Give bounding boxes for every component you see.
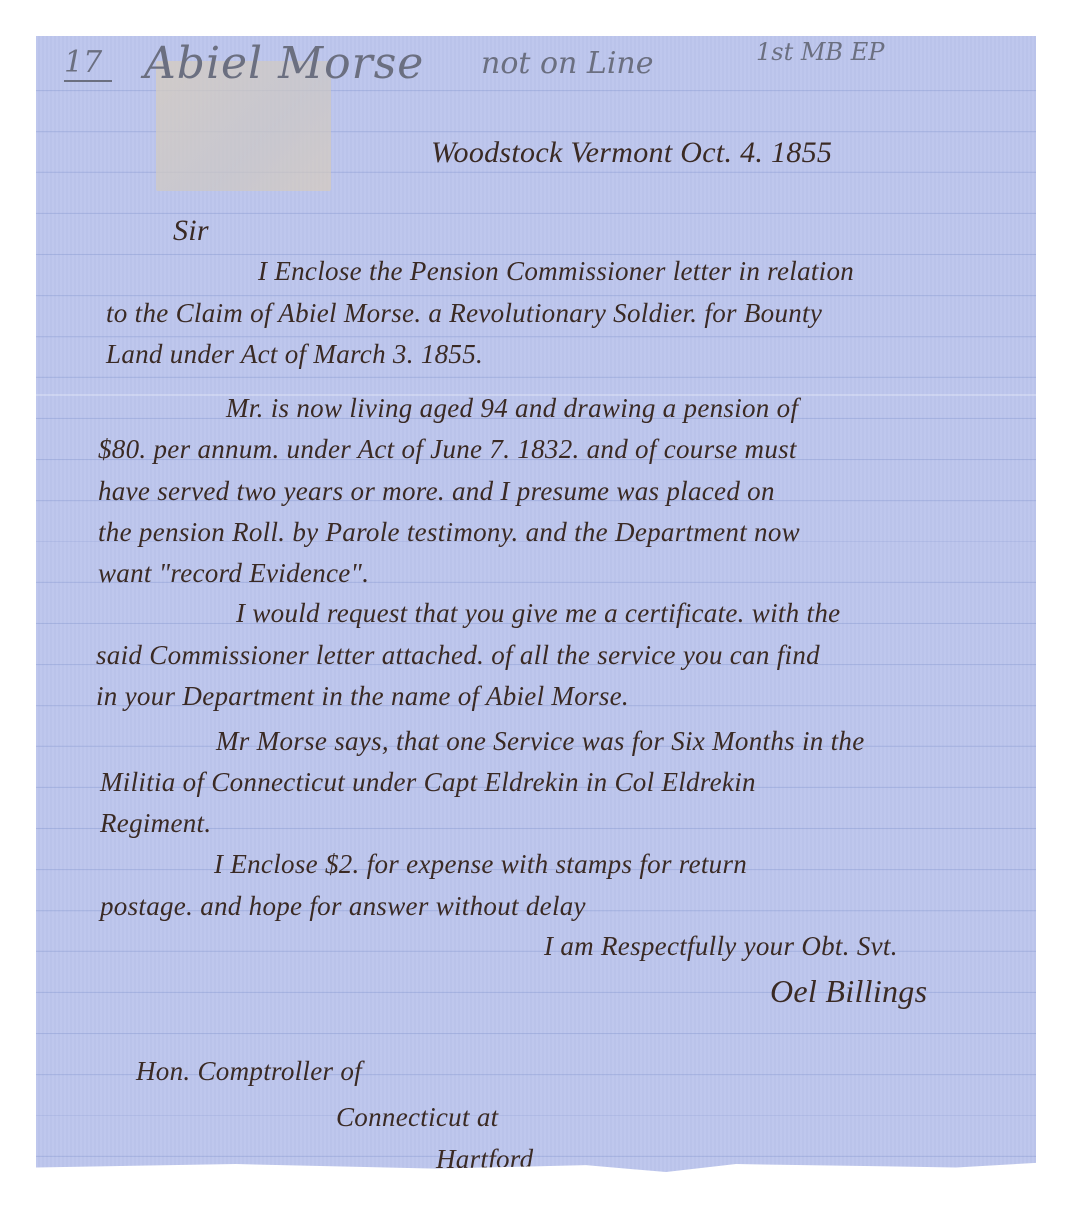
subject-name-annotation: Abiel Morse — [144, 38, 424, 89]
body-line: Mr. is now living aged 94 and drawing a … — [226, 393, 798, 424]
address-line: Hon. Comptroller of — [136, 1056, 362, 1087]
dateline: Woodstock Vermont Oct. 4. 1855 — [431, 136, 832, 170]
body-line: I Enclose the Pension Commissioner lette… — [258, 256, 854, 287]
body-line: Mr Morse says, that one Service was for … — [216, 726, 865, 757]
body-line: postage. and hope for answer without del… — [100, 891, 586, 922]
salutation: Sir — [173, 214, 209, 248]
body-line: I Enclose $2. for expense with stamps fo… — [214, 849, 747, 880]
body-line: Regiment. — [100, 808, 211, 839]
address-line: Hartford — [436, 1144, 533, 1175]
body-line: Militia of Connecticut under Capt Eldrek… — [100, 767, 756, 798]
address-line: Connecticut at — [336, 1102, 498, 1133]
file-number-annotation: 17 — [64, 46, 112, 82]
signature: Oel Billings — [770, 973, 927, 1010]
body-line: the pension Roll. by Parole testimony. a… — [98, 517, 800, 548]
letter-paper: 17 Abiel Morse not on Line 1st MB EP Woo… — [36, 36, 1036, 1172]
body-line: want "record Evidence". — [98, 558, 369, 589]
closing: I am Respectfully your Obt. Svt. — [544, 931, 898, 962]
body-line: I would request that you give me a certi… — [236, 598, 840, 629]
body-line: in your Department in the name of Abiel … — [96, 681, 629, 712]
body-line: $80. per annum. under Act of June 7. 183… — [98, 434, 797, 465]
body-line: said Commissioner letter attached. of al… — [96, 640, 820, 671]
body-line: have served two years or more. and I pre… — [98, 476, 775, 507]
initials-annotation: 1st MB EP — [756, 38, 884, 66]
not-on-line-annotation: not on Line — [481, 46, 654, 81]
body-line: to the Claim of Abiel Morse. a Revolutio… — [106, 298, 822, 329]
body-line: Land under Act of March 3. 1855. — [106, 339, 483, 370]
